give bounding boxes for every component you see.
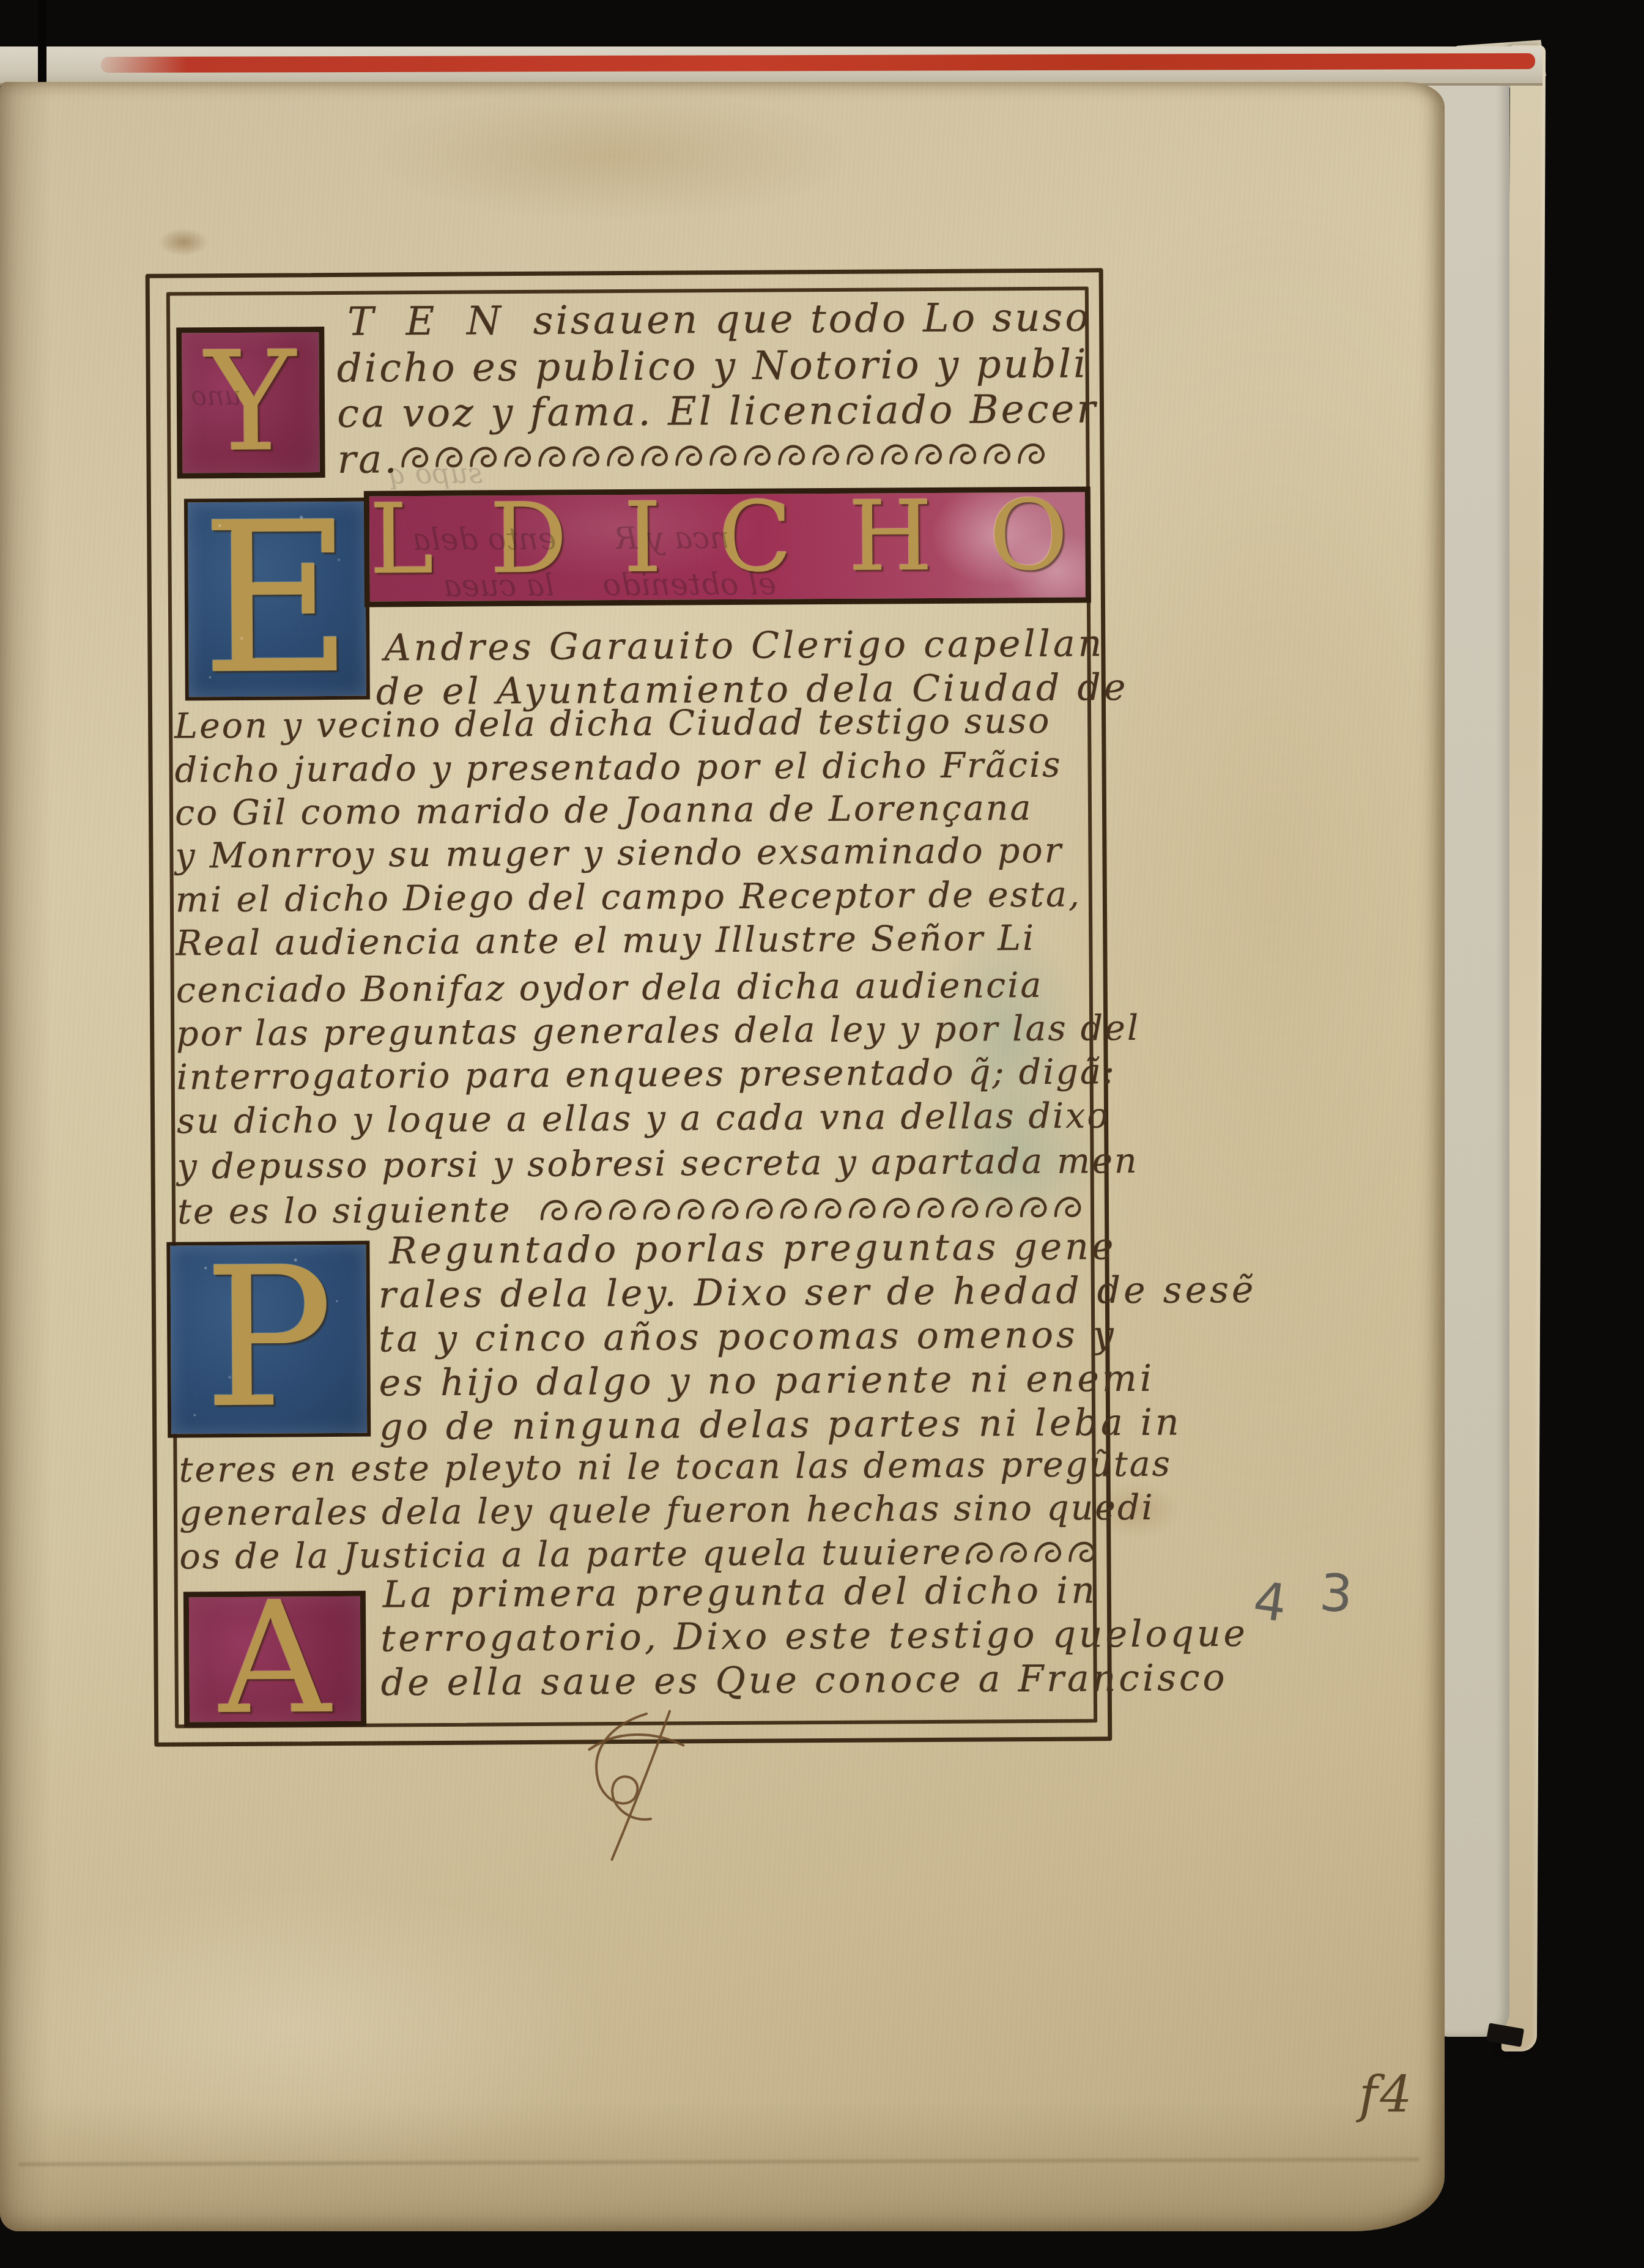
dicho-title-banner: nca y R ento dela el obtenido la cuea LD…	[364, 486, 1091, 607]
pencil-folio-number: 4 3	[1255, 1563, 1353, 1623]
text-line: Reguntado porlas preguntas gene	[389, 1225, 1116, 1272]
text-line: generales dela ley quele fueron hechas s…	[179, 1488, 1155, 1534]
illuminated-initial-block-p: P	[166, 1241, 371, 1438]
text-line: y Monrroy su muger y siendo exsaminado p…	[175, 831, 1063, 876]
text-line: dicho es publico y Notorio y publi	[336, 341, 1088, 391]
text-line: ta y cinco años pocomas omenos y	[379, 1313, 1117, 1360]
ink-folio-mark: f4	[1359, 2066, 1415, 2124]
initial-letter-e: E	[201, 505, 354, 694]
text-line: su dicho y loque a ellas y a cada vna de…	[177, 1095, 1110, 1141]
photographed-manuscript: Y uno T E N sisauen que todo Lo suso dic…	[0, 0, 1644, 2268]
ink-bleedthrough: supo q	[388, 456, 483, 490]
text-line: y depusso porsi y sobresi secreta y apar…	[177, 1141, 1139, 1187]
text-line: por las preguntas generales dela ley y p…	[176, 1008, 1140, 1054]
illuminated-initial-block-e: E	[184, 498, 370, 701]
line-filler-flourish	[400, 435, 1079, 478]
ink-bleedthrough: uno	[191, 380, 242, 412]
text-line: dicho jurado y presentado por el dicho F…	[174, 745, 1062, 791]
ink-bleedthrough: nca y R ento dela	[412, 520, 730, 557]
text-line: de ella saue es Que conoce a Francisco	[381, 1656, 1228, 1704]
text-line: te es lo siguiente	[177, 1190, 512, 1232]
text-line: ca voz y fama. El licenciado Becer	[337, 387, 1098, 437]
text-line: interrogatorio para enquees presentado q…	[176, 1051, 1116, 1097]
text-line: T E N sisauen que todo Lo suso	[347, 295, 1091, 344]
text-line: es hijo dalgo y no pariente ni enemi	[379, 1357, 1155, 1405]
ink-bleedthrough: el obtenido la cuea	[443, 566, 777, 604]
pencil-digit: 3	[1318, 1562, 1355, 1624]
initial-letter-p: P	[203, 1252, 334, 1426]
text-line: rales dela ley. Dixo ser de hedad de ses…	[379, 1269, 1257, 1317]
text-line: teres en este pleyto ni le tocan las dem…	[179, 1444, 1172, 1491]
text-line: go de ninguna delas partes ni leba in	[379, 1401, 1182, 1449]
illuminated-initial-block-a: A	[183, 1591, 366, 1728]
text-line: Leon y vecino dela dicha Ciudad testigo …	[174, 701, 1051, 747]
initial-letter-a: A	[219, 1590, 331, 1729]
text-line: terrogatorio, Dixo este testigo queloque	[380, 1612, 1248, 1661]
notary-rubric-flourish	[573, 1706, 703, 1872]
line-filler-flourish	[965, 1533, 1093, 1571]
text-line: mi el dicho Diego del campo Receptor de …	[176, 874, 1081, 920]
text-line: La primera pregunta del dicho in	[383, 1569, 1098, 1616]
text-line: cenciado Bonifaz oydor dela dicha audien…	[176, 965, 1043, 1011]
line-filler-flourish	[539, 1188, 1084, 1231]
text-line: Real audiencia ante el muy Illustre Seño…	[176, 918, 1035, 964]
text-line: co Gil como marido de Joanna de Lorençan…	[175, 788, 1033, 834]
page-content: Y uno T E N sisauen que todo Lo suso dic…	[0, 0, 1644, 2268]
text-line: Andres Garauito Clerigo capellan	[384, 622, 1105, 669]
